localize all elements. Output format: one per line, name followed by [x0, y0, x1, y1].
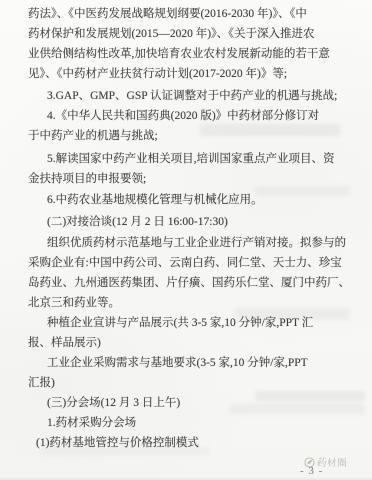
paragraph: 组织优质药材示范基地与工业企业进行产销对接。拟参与的采购企业有:中国中药公司、云…	[28, 233, 350, 313]
text-line: 3.GAP、GMP、GSP 认证调整对于中药产业的机遇与挑战;	[28, 86, 350, 106]
text-line: 工业企业采购需求与基地要求(3-5 家,10 分钟/家,PPT	[28, 353, 350, 373]
text-line: (二)对接洽谈(12 月 2 日 16:00-17:30)	[28, 212, 350, 232]
paragraph: 4.《中华人民共和国药典(2020 版)》中药材部分修订对于中药产业的机遇与挑战…	[28, 106, 350, 146]
text-line: 1.药材采购分会场	[28, 413, 350, 433]
text-line: 采购企业有:中国中药公司、云南白药、同仁堂、天士力、珍宝	[28, 253, 350, 273]
text-line: 种植企业宣讲与产品展示(共 3-5 家,10 分钟/家,PPT 汇	[28, 313, 350, 333]
paragraph: 1.药材采购分会场	[28, 413, 350, 433]
text-line: 药材保护和发展规划(2015—2020 年)》、《关于深入推进农	[28, 24, 350, 44]
paragraph: 3.GAP、GMP、GSP 认证调整对于中药产业的机遇与挑战;	[28, 86, 350, 106]
text-line: 药法》、《中医药发展战略规划纲要(2016-2030 年)》、《中	[28, 4, 350, 24]
text-line: 6.中药农业基地规模化管理与机械化应用。	[28, 190, 350, 210]
text-line: 岛药业、九州通医药集团、片仔癀、国药乐仁堂、厦门中药厂、	[28, 273, 350, 293]
text-line: 组织优质药材示范基地与工业企业进行产销对接。拟参与的	[28, 233, 350, 253]
paragraph: 6.中药农业基地规模化管理与机械化应用。	[28, 190, 350, 210]
paragraph: (二)对接洽谈(12 月 2 日 16:00-17:30)	[28, 212, 350, 232]
text-line: (1)药材基地管控与价格控制模式	[28, 433, 350, 453]
text-line: 4.《中华人民共和国药典(2020 版)》中药材部分修订对	[28, 106, 350, 126]
paragraph: 工业企业采购需求与基地要求(3-5 家,10 分钟/家,PPT汇报)	[28, 353, 350, 393]
paragraph: (1)药材基地管控与价格控制模式	[28, 433, 350, 453]
text-line: (三)分会场(12 月 3 日上午)	[28, 393, 350, 413]
paragraph: 种植企业宣讲与产品展示(共 3-5 家,10 分钟/家,PPT 汇报、样品展示)	[28, 313, 350, 353]
text-line: 金扶持项目的申报要领;	[28, 169, 350, 189]
text-line: 北京三和药业等。	[28, 293, 350, 313]
text-line: 见》、《中药材产业扶贫行动计划(2017-2020 年)》等;	[28, 64, 350, 84]
text-line: 报、样品展示)	[28, 333, 350, 353]
text-line: 汇报)	[28, 373, 350, 393]
text-line: 于中药产业的机遇与挑战;	[28, 126, 350, 146]
document-body: 药法》、《中医药发展战略规划纲要(2016-2030 年)》、《中药材保护和发展…	[28, 4, 350, 453]
paragraph: 药法》、《中医药发展战略规划纲要(2016-2030 年)》、《中药材保护和发展…	[28, 4, 350, 84]
page-number: - 3 -	[300, 465, 323, 477]
paragraph: (三)分会场(12 月 3 日上午)	[28, 393, 350, 413]
text-line: 5.解读国家中药产业相关项目,培训国家重点产业项目、资	[28, 149, 350, 169]
paragraph: 5.解读国家中药产业相关项目,培训国家重点产业项目、资金扶持项目的申报要领;	[28, 149, 350, 189]
text-line: 业供给侧结构性改革,加快培育农业农村发展新动能的若干意	[28, 44, 350, 64]
